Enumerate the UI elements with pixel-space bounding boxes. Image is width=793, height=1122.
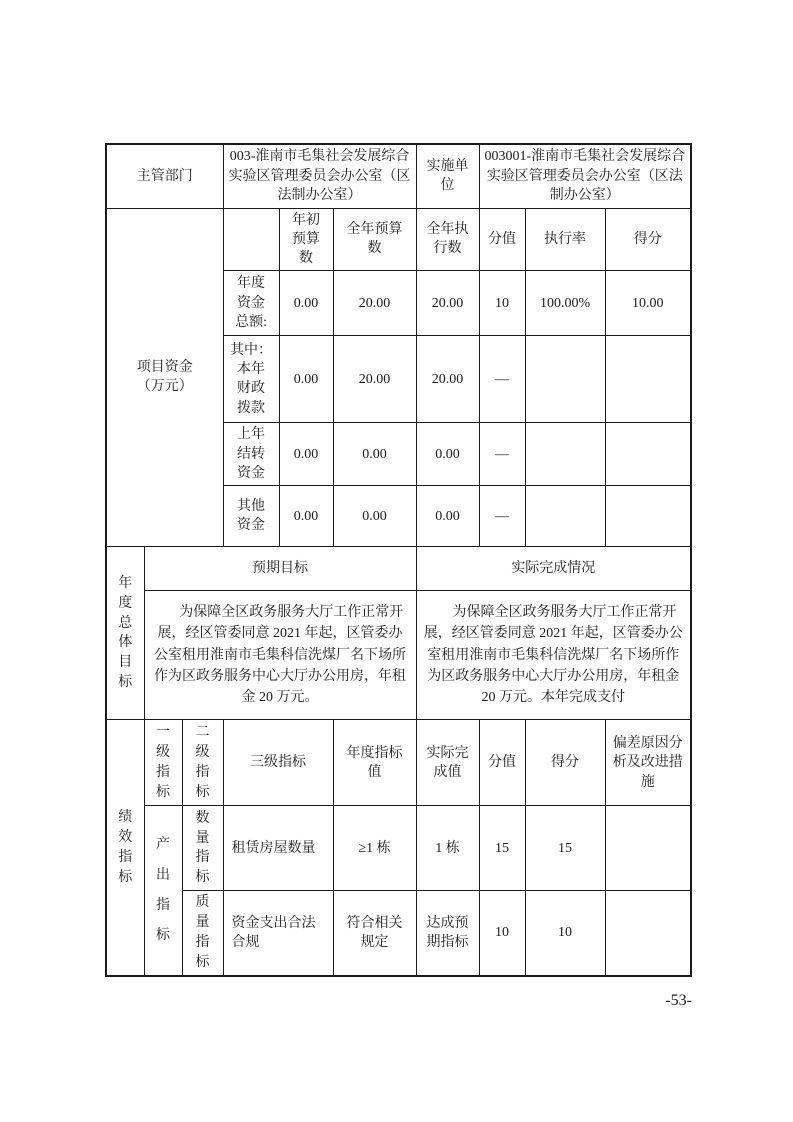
- score-value-header-cell: 分值: [479, 208, 525, 271]
- score: [605, 336, 691, 423]
- actual-completion-text: 为保障全区政务服务大厅工作正常开展，经区管委同意 2021 年起，区管委办公室租…: [416, 591, 691, 720]
- implement-unit-value-cell: 003001-淮南市毛集社会发展综合实验区管理委员会办公室（区法制办公室）: [479, 144, 691, 208]
- execution-rate-header-cell: 执行率: [525, 208, 605, 271]
- annual-executed-value: 0.00: [416, 486, 479, 547]
- level1-indicator-header-cell: 一级指标: [144, 720, 182, 806]
- initial-budget-value: 0.00: [279, 336, 333, 423]
- annual-executed-header-cell: 全年执行数: [416, 208, 479, 271]
- performance-section-label-cell: 绩效指标: [106, 720, 144, 976]
- table-row: 绩效指标 一级指标 二级指标 三级指标 年度指标值 实际完成值 分值 得分 偏差…: [106, 720, 691, 806]
- annual-target-value: 符合相关规定: [333, 891, 416, 976]
- supervisor-value-cell: 003-淮南市毛集社会发展综合实验区管理委员会办公室（区法制办公室）: [223, 144, 416, 208]
- annual-executed-value: 20.00: [416, 336, 479, 423]
- initial-budget-value: 0.00: [279, 486, 333, 547]
- annual-budget-value: 20.00: [333, 336, 416, 423]
- document-page: 主管部门 003-淮南市毛集社会发展综合实验区管理委员会办公室（区法制办公室） …: [0, 0, 793, 1122]
- score-header-cell: 得分: [605, 208, 691, 271]
- perf-score-value: 10: [479, 891, 525, 976]
- execution-rate-value: 100.00%: [525, 271, 605, 336]
- funds-row-label: 其中： 本年 财政 拨款: [223, 336, 279, 423]
- level3-indicator-header-cell: 三级指标: [223, 720, 333, 806]
- actual-completion-value: 1 栋: [416, 806, 479, 891]
- perf-score: 10: [525, 891, 605, 976]
- annual-goal-section-label-cell: 年度总体目标: [106, 547, 144, 720]
- table-row: 为保障全区政务服务大厅工作正常开展，经区管委同意 2021 年起，区管委办公室租…: [106, 591, 691, 720]
- deviation-header-cell: 偏差原因分析及改进措施: [605, 720, 691, 806]
- expected-goal-text: 为保障全区政务服务大厅工作正常开展，经区管委同意 2021 年起，区管委办公室租…: [144, 591, 416, 720]
- page-number: -53-: [665, 992, 692, 1010]
- implement-unit-label-cell: 实施单位: [416, 144, 479, 208]
- table-row: 产出指标 数量指标 租赁房屋数量 ≥1 栋 1 栋 15 15: [106, 806, 691, 891]
- execution-rate-value: [525, 423, 605, 486]
- annual-goal-section-label: 年度总体目标: [118, 574, 133, 693]
- funds-row-label: 年度 资金 总额:: [223, 271, 279, 336]
- annual-executed-value: 0.00: [416, 423, 479, 486]
- level2-indicator-header-cell: 二级指标: [182, 720, 223, 806]
- perf-score-value: 15: [479, 806, 525, 891]
- performance-section-label: 绩效指标: [118, 808, 133, 888]
- funds-row-label: 上年 结转 资金: [223, 423, 279, 486]
- annual-executed-value: 20.00: [416, 271, 479, 336]
- level1-indicator-value-cell: 产出指标: [144, 806, 182, 976]
- implement-unit-label: 实施单位: [426, 157, 469, 196]
- annual-target-value: ≥1 栋: [333, 806, 416, 891]
- performance-report-table: 主管部门 003-淮南市毛集社会发展综合实验区管理委员会办公室（区法制办公室） …: [105, 143, 692, 977]
- initial-budget-value: 0.00: [279, 423, 333, 486]
- level3-indicator-value-cell: 租赁房屋数量: [223, 806, 333, 891]
- execution-rate-value: [525, 486, 605, 547]
- annual-budget-value: 0.00: [333, 423, 416, 486]
- deviation-cell: [605, 806, 691, 891]
- annual-budget-header-cell: 全年预算数: [333, 208, 416, 271]
- table-row: 项目资金（万元） 年初预算数 全年预算数 全年执行数 分值 执行率 得分: [106, 208, 691, 271]
- annual-target-header-cell: 年度指标值: [333, 720, 416, 806]
- actual-value-header-cell: 实际完成值: [416, 720, 479, 806]
- annual-budget-value: 20.00: [333, 271, 416, 336]
- score: [605, 486, 691, 547]
- score-value: —: [479, 486, 525, 547]
- level1-indicator-value: 产出指标: [155, 830, 170, 950]
- expected-goal-header-cell: 预期目标: [144, 547, 416, 591]
- table-row: 质量指标 资金支出合法合规 符合相关规定 达成预期指标 10 10: [106, 891, 691, 976]
- perf-score-value-header-cell: 分值: [479, 720, 525, 806]
- initial-budget-header-cell: 年初预算数: [279, 208, 333, 271]
- initial-budget-value: 0.00: [279, 271, 333, 336]
- funds-row-label: 其他 资金: [223, 486, 279, 547]
- actual-completion-value: 达成预期指标: [416, 891, 479, 976]
- project-funds-label-cell: 项目资金（万元）: [106, 208, 223, 547]
- perf-score: 15: [525, 806, 605, 891]
- score: 10.00: [605, 271, 691, 336]
- empty-cell: [223, 208, 279, 271]
- project-funds-label: 项目资金（万元）: [136, 358, 193, 397]
- annual-budget-value: 0.00: [333, 486, 416, 547]
- perf-score-header-cell: 得分: [525, 720, 605, 806]
- execution-rate-value: [525, 336, 605, 423]
- deviation-cell: [605, 891, 691, 976]
- score: [605, 423, 691, 486]
- score-value: 10: [479, 271, 525, 336]
- actual-completion-header-cell: 实际完成情况: [416, 547, 691, 591]
- level3-indicator-value-cell: 资金支出合法合规: [223, 891, 333, 976]
- score-value: —: [479, 336, 525, 423]
- level2-indicator-value-cell: 质量指标: [182, 891, 223, 976]
- table-row: 年度总体目标 预期目标 实际完成情况: [106, 547, 691, 591]
- supervisor-label-cell: 主管部门: [106, 144, 223, 208]
- level2-indicator-value-cell: 数量指标: [182, 806, 223, 891]
- score-value: —: [479, 423, 525, 486]
- table-row: 主管部门 003-淮南市毛集社会发展综合实验区管理委员会办公室（区法制办公室） …: [106, 144, 691, 208]
